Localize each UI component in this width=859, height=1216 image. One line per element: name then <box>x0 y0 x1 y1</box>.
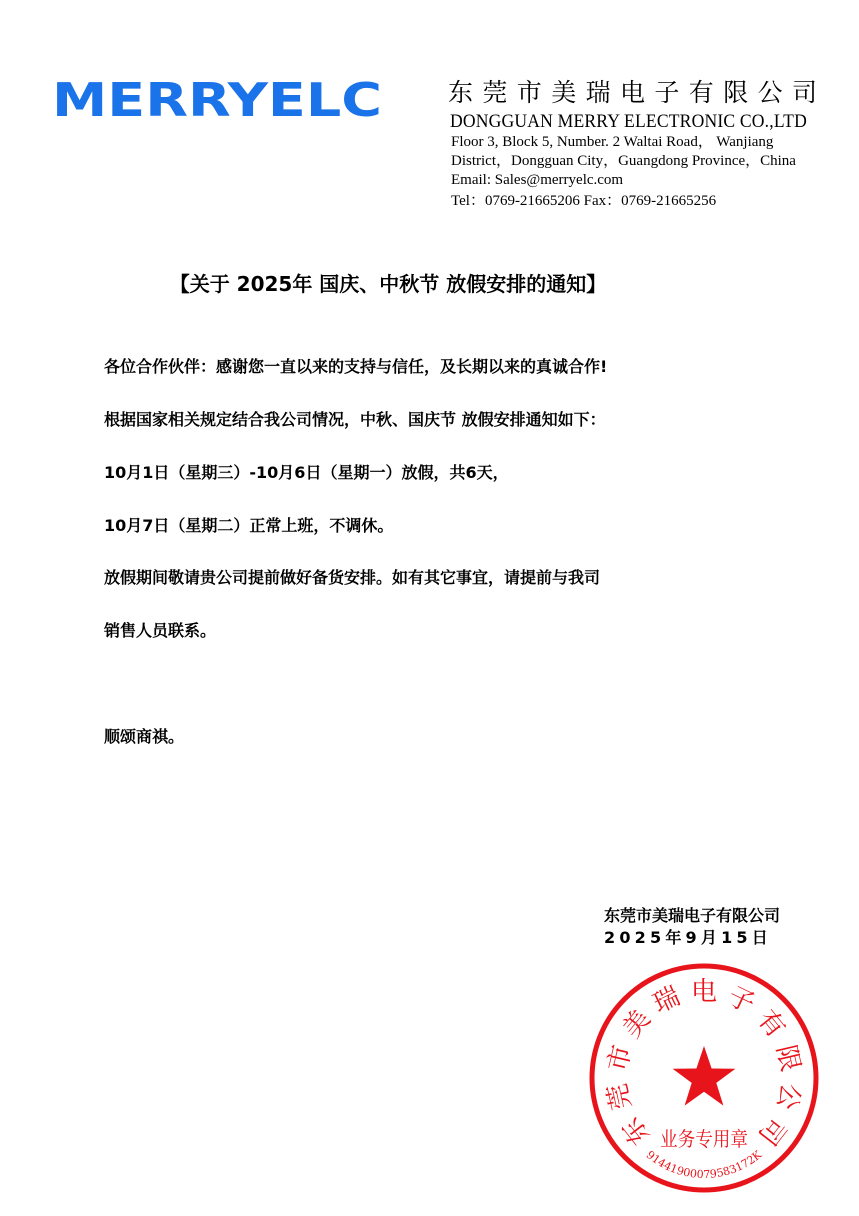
address-line-1: Floor 3, Block 5, Number. 2 Waltai Road，… <box>451 133 773 151</box>
company-name-cn: 东莞市美瑞电子有限公司 <box>448 78 826 108</box>
address-line-2: District，Dongguan City，Guangdong Provinc… <box>451 152 796 170</box>
seal-center-label: 业务专用章 <box>660 1127 748 1151</box>
seal-ring-char: 公 <box>771 1081 806 1113</box>
seal-ring-char: 限 <box>770 1042 805 1074</box>
body-line-3: 10月1日（星期三）-10月6日（星期一）放假，共6天， <box>104 462 509 484</box>
body-line-5: 放假期间敬请贵公司提前做好备货安排。如有其它事宜，请提前与我司 <box>104 567 600 589</box>
body-line-1: 各位合作伙伴：感谢您一直以来的支持与信任，及长期以来的真诚合作! <box>104 356 607 378</box>
seal-ring-char: 美 <box>617 1005 657 1044</box>
seal-ring-char: 电 <box>691 977 717 1007</box>
body-line-4: 10月7日（星期二）正常上班，不调休。 <box>104 515 393 537</box>
seal-ring-char: 东 <box>616 1111 656 1150</box>
body-line-2: 根据国家相关规定结合我公司情况，中秋、国庆节 放假安排通知如下： <box>104 409 606 431</box>
body-line-6: 销售人员联系。 <box>104 620 216 642</box>
seal-ring-char: 市 <box>603 1042 638 1074</box>
tel-fax-line: Tel：0769-21665206 Fax：0769-21665256 <box>451 192 716 210</box>
signature-company: 东莞市美瑞电子有限公司 <box>604 906 780 926</box>
email-line: Email: Sales@merryelc.com <box>451 171 623 189</box>
star-icon <box>673 1046 736 1106</box>
notice-title: 【关于 2025年 国庆、中秋节 放假安排的通知】 <box>0 268 776 297</box>
seal-ring-char: 瑞 <box>649 981 685 1019</box>
seal-code: 91441900079583172K <box>644 1148 765 1181</box>
seal-ring-char: 司 <box>752 1111 792 1150</box>
seal-ring-char: 子 <box>723 981 759 1019</box>
seal-ring-char: 有 <box>751 1005 791 1044</box>
seal-ring-char: 莞 <box>603 1081 638 1113</box>
company-name-en: DONGGUAN MERRY ELECTRONIC CO.,LTD <box>450 112 807 133</box>
closing-line: 顺颂商祺。 <box>104 726 184 748</box>
signature-date: 2025年9月15日 <box>604 928 772 948</box>
merryelc-logo: MERRYELC <box>52 78 384 120</box>
company-seal: 东莞市美瑞电子有限公司 业务专用章 91441900079583172K <box>586 960 822 1196</box>
logo-text: MERRYELC <box>52 78 382 120</box>
